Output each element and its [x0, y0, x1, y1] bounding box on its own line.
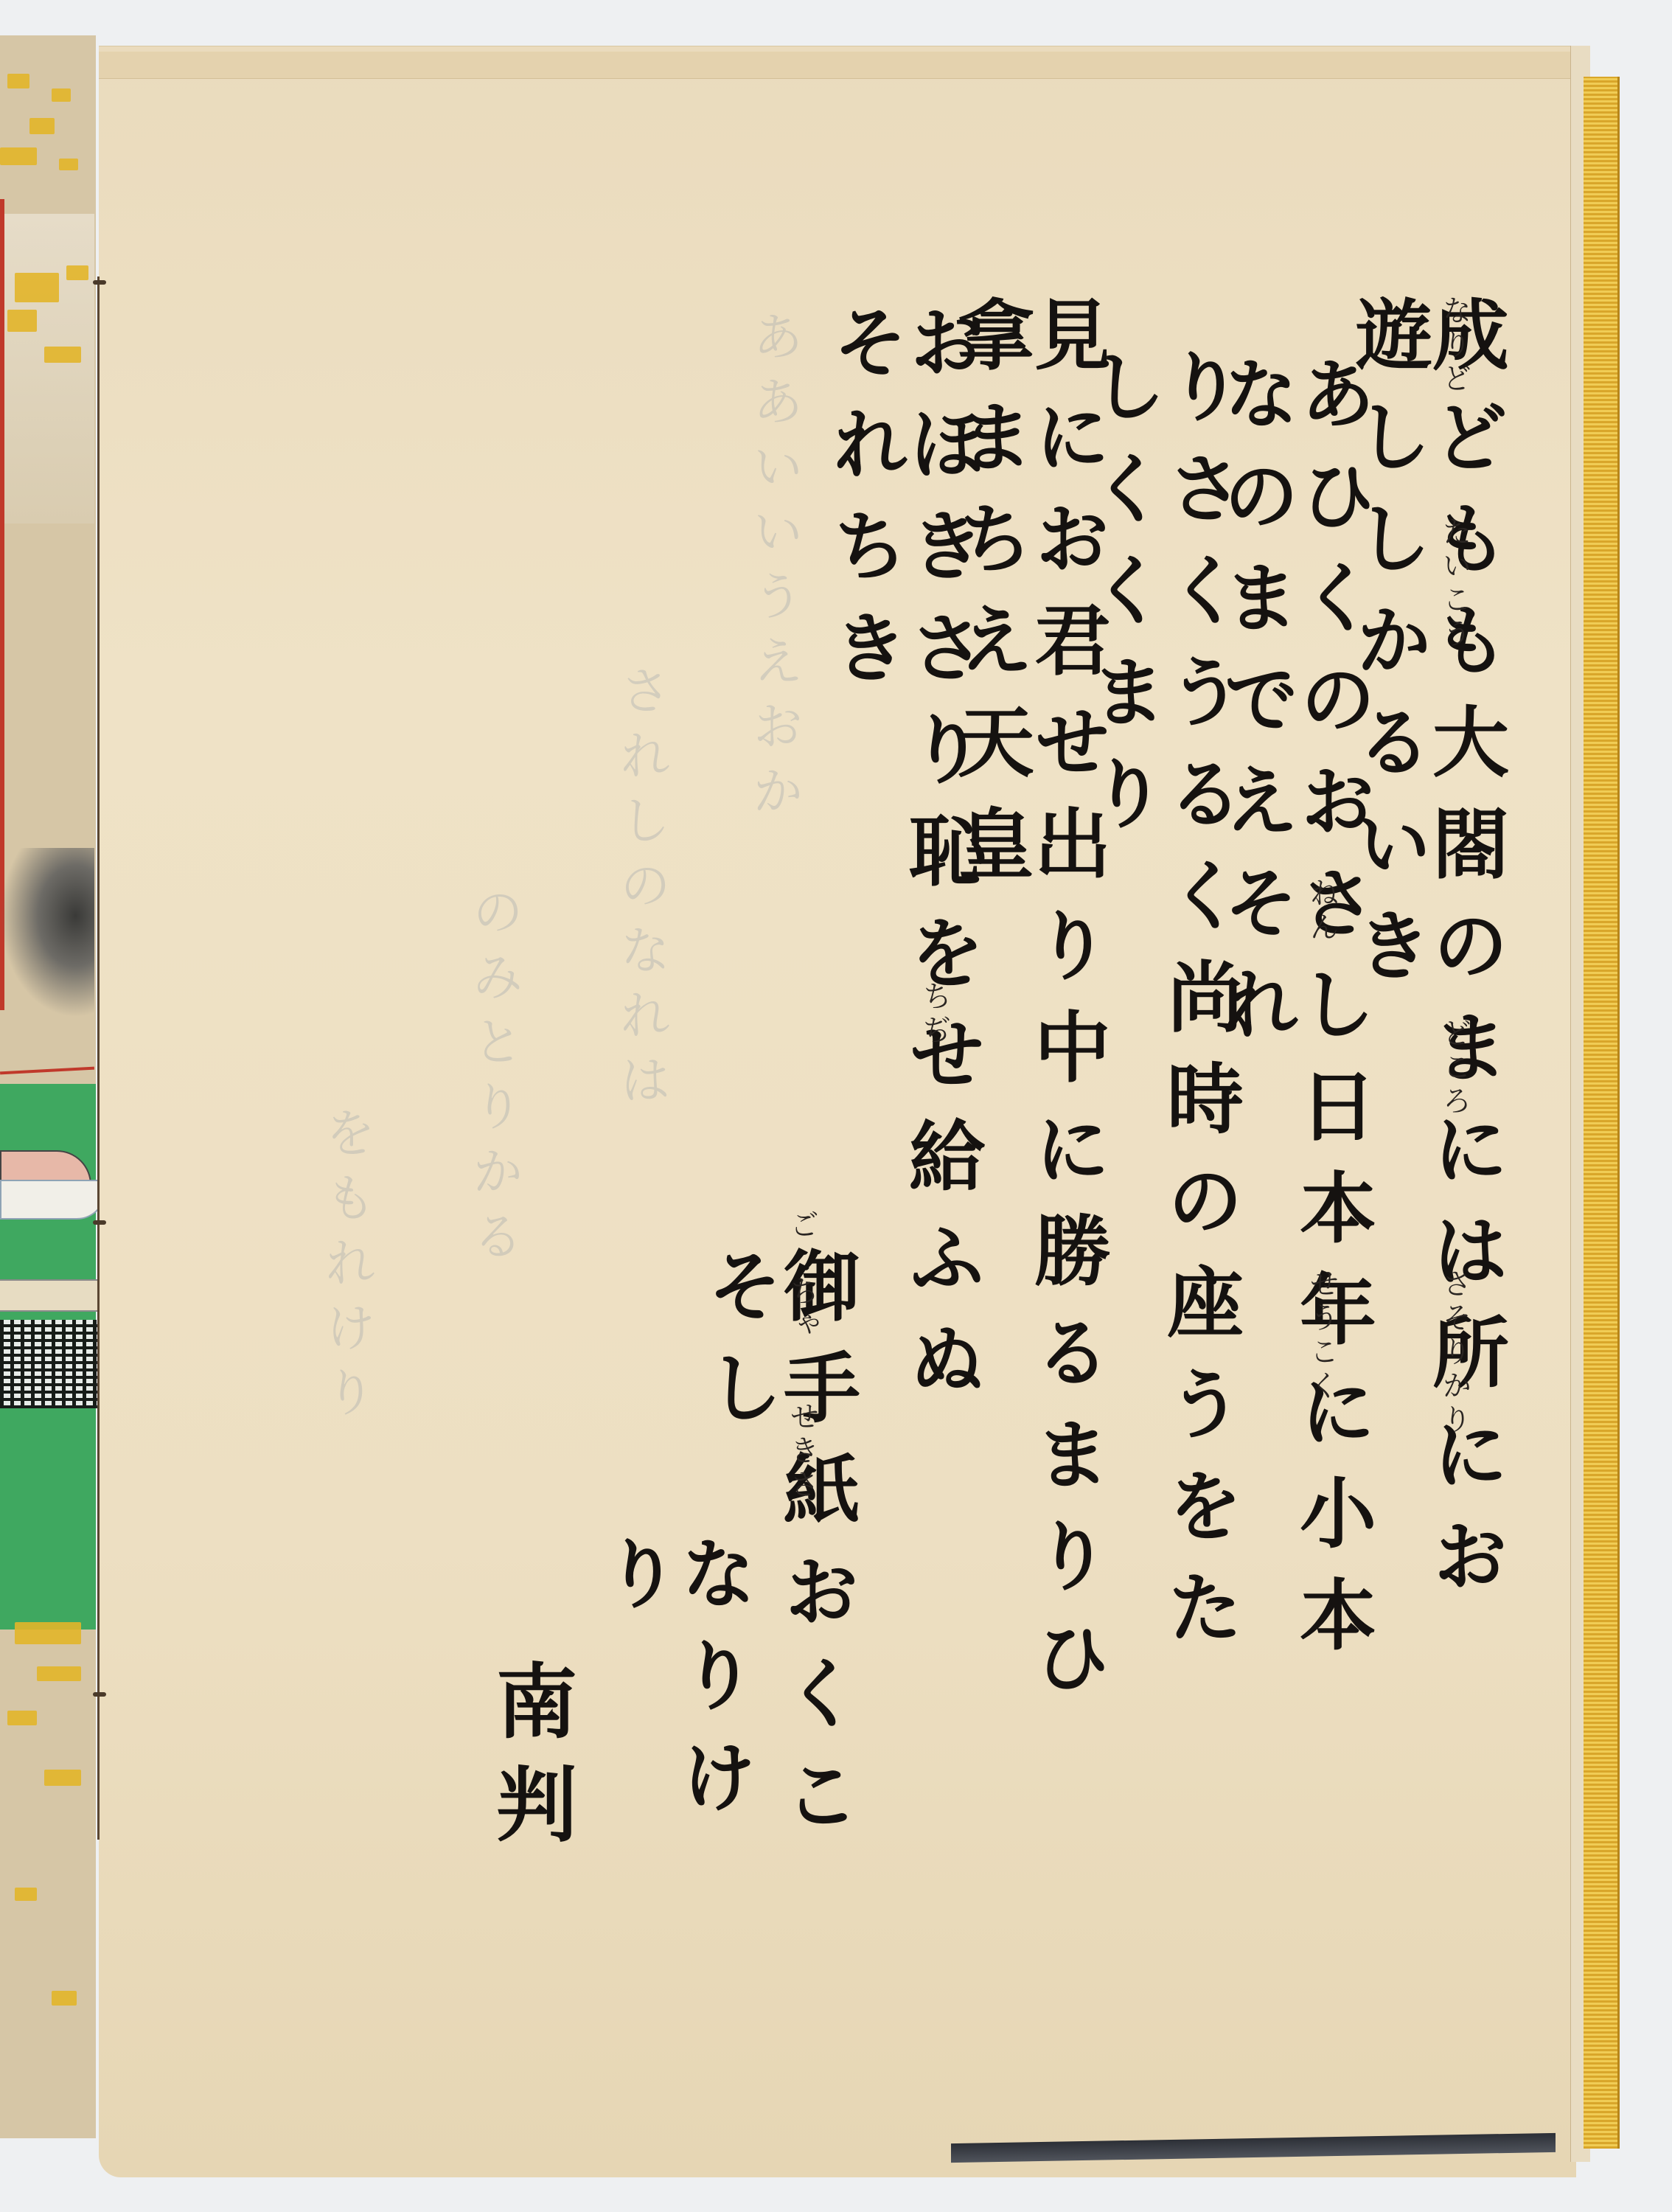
furigana: ちぢ — [914, 981, 956, 1048]
painting-figure-garment — [0, 1180, 106, 1220]
bleed-through-text: ああいいうえおか — [737, 310, 812, 829]
binding-stitch — [93, 280, 106, 285]
gold-leaf-fleck — [66, 265, 88, 280]
furigana: ご — [781, 1209, 823, 1243]
painting-tatami-edge — [0, 1279, 103, 1312]
gold-leaf-fleck — [44, 1770, 81, 1786]
bleed-through-text: をもれけり — [310, 1106, 384, 1430]
furigana: せうこく — [1301, 1268, 1343, 1404]
binding-stitch — [93, 1220, 106, 1225]
furigana: ちゃ — [781, 1276, 823, 1343]
bleed-through-text: のみとりかる — [457, 885, 532, 1274]
gold-leaf-fleck — [59, 159, 78, 170]
furigana: ねん — [1301, 877, 1343, 945]
page-top-fold — [99, 52, 1570, 79]
gold-leaf-fleck — [7, 1711, 37, 1725]
gold-cover-edge — [1584, 77, 1620, 2149]
ink-landscape — [0, 848, 94, 1018]
gold-leaf-fleck — [7, 310, 37, 332]
gold-leaf-fleck — [15, 273, 59, 302]
furigana: せきさ — [781, 1401, 823, 1503]
text-column-7: なりけり — [597, 1534, 750, 1902]
binding-stitch — [93, 1692, 106, 1697]
binding-thread — [97, 276, 100, 1840]
furigana: どころ — [1434, 1018, 1476, 1119]
gold-leaf-fleck — [52, 1991, 77, 2006]
furigana: さそりかり — [1434, 1268, 1476, 1438]
gold-leaf-fleck — [37, 1666, 81, 1681]
furigana: たいこう — [1434, 516, 1476, 652]
gold-leaf-fleck — [52, 88, 71, 102]
painting-cloud-area — [0, 214, 94, 524]
gold-leaf-fleck — [7, 74, 29, 88]
gold-leaf-fleck — [44, 347, 81, 363]
bleed-through-text: されしのなれは — [605, 664, 679, 1118]
signature: 南判 — [472, 1659, 588, 1865]
furigana: なりど — [1434, 295, 1476, 397]
gold-leaf-fleck — [15, 1622, 81, 1644]
gold-leaf-fleck — [29, 118, 55, 134]
gold-leaf-fleck — [0, 147, 37, 165]
gold-leaf-fleck — [15, 1888, 37, 1901]
painting-lattice-screen — [0, 1320, 103, 1408]
